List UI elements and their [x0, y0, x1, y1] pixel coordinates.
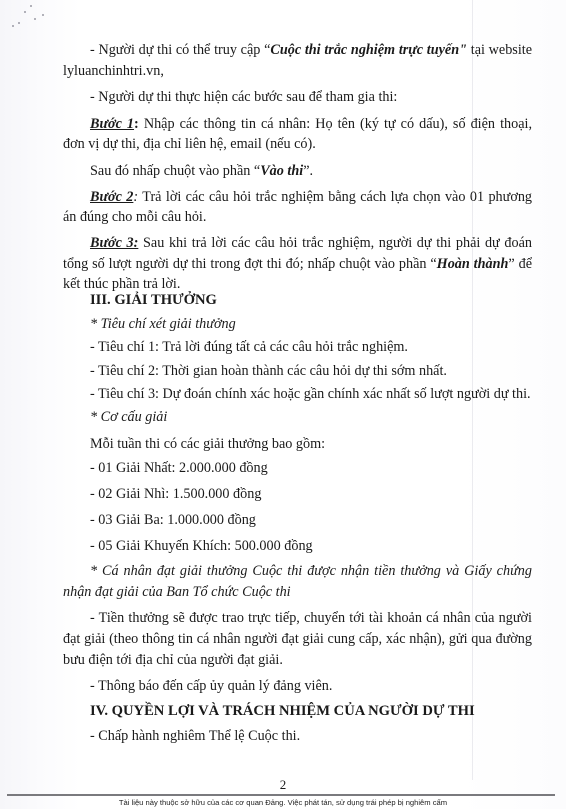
step-1-label: Bước 1: [90, 116, 134, 132]
structure-title: * Cơ cấu giải: [90, 408, 167, 426]
payment-paragraph-line-3: bưu điện tới địa chỉ của người đạt giải.: [63, 651, 283, 669]
prize-first: - 01 Giải Nhất: 2.000.000 đồng: [90, 459, 268, 477]
step-3-label: Bước 3:: [90, 235, 138, 251]
criterion-3: - Tiêu chí 3: Dự đoán chính xác hoặc gần…: [90, 385, 531, 403]
prize-third: - 03 Giải Ba: 1.000.000 đồng: [90, 511, 256, 529]
page-number: 2: [0, 777, 566, 793]
scan-artifact: [0, 0, 60, 30]
document-page: - Người dự thi có thể truy cập “Cuộc thi…: [0, 0, 566, 809]
notify-line: - Thông báo đến cấp ủy quản lý đảng viên…: [90, 677, 332, 695]
step-2-label: Bước 2: [90, 189, 133, 205]
prize-encouragement: - 05 Giải Khuyến Khích: 500.000 đồng: [90, 537, 313, 555]
step-2-continued: án đúng cho mỗi câu hỏi.: [63, 208, 206, 226]
contest-name: Cuộc thi trắc nghiệm trực tuyến": [270, 42, 467, 58]
finish-label: Hoàn thành: [437, 256, 509, 272]
access-paragraph: - Người dự thi có thể truy cập “Cuộc thi…: [90, 41, 532, 59]
prize-second: - 02 Giải Nhì: 1.500.000 đồng: [90, 485, 261, 503]
section-3-heading: III. GIẢI THƯỞNG: [90, 291, 217, 309]
footer-divider: [7, 794, 555, 796]
enter-exam-label: Vào thi: [260, 163, 303, 179]
steps-intro: - Người dự thi thực hiện các bước sau để…: [90, 88, 397, 106]
payment-paragraph-line-2: đạt giải (theo thông tin cá nhân người đ…: [63, 630, 532, 648]
step-1-continued: đơn vị dự thi, địa chỉ liên hệ, email (n…: [63, 135, 316, 153]
payment-paragraph: - Tiền thưởng sẽ được trao trực tiếp, ch…: [90, 609, 532, 627]
website-link: lyluanchinhtri.vn,: [63, 62, 164, 80]
section-4-heading: IV. QUYỀN LỢI VÀ TRÁCH NHIỆM CỦA NGƯỜI D…: [90, 702, 475, 720]
after-step-1: Sau đó nhấp chuột vào phần “Vào thi”.: [90, 162, 313, 180]
step-2: Bước 2: Trả lời các câu hỏi trắc nghiệm …: [90, 188, 532, 206]
criterion-2: - Tiêu chí 2: Thời gian hoàn thành các c…: [90, 362, 447, 380]
award-note-continued: nhận đạt giải của Ban Tổ chức Cuộc thi: [63, 583, 291, 601]
criteria-title: * Tiêu chí xét giải thưởng: [90, 315, 236, 333]
structure-intro: Mỗi tuần thi có các giải thưởng bao gồm:: [90, 435, 325, 453]
step-1: Bước 1: Nhập các thông tin cá nhân: Họ t…: [90, 115, 532, 133]
section-4-item: - Chấp hành nghiêm Thể lệ Cuộc thi.: [90, 727, 300, 745]
award-note: * Cá nhân đạt giải thưởng Cuộc thi được …: [90, 562, 532, 580]
criterion-1: - Tiêu chí 1: Trả lời đúng tất cả các câ…: [90, 338, 408, 356]
confidentiality-notice: Tài liệu này thuộc sở hữu của các cơ qua…: [0, 798, 566, 808]
step-3-continued: tổng số lượt người dự thi trong đợt thi …: [63, 255, 532, 273]
step-3: Bước 3: Sau khi trả lời các câu hỏi trắc…: [90, 234, 532, 252]
